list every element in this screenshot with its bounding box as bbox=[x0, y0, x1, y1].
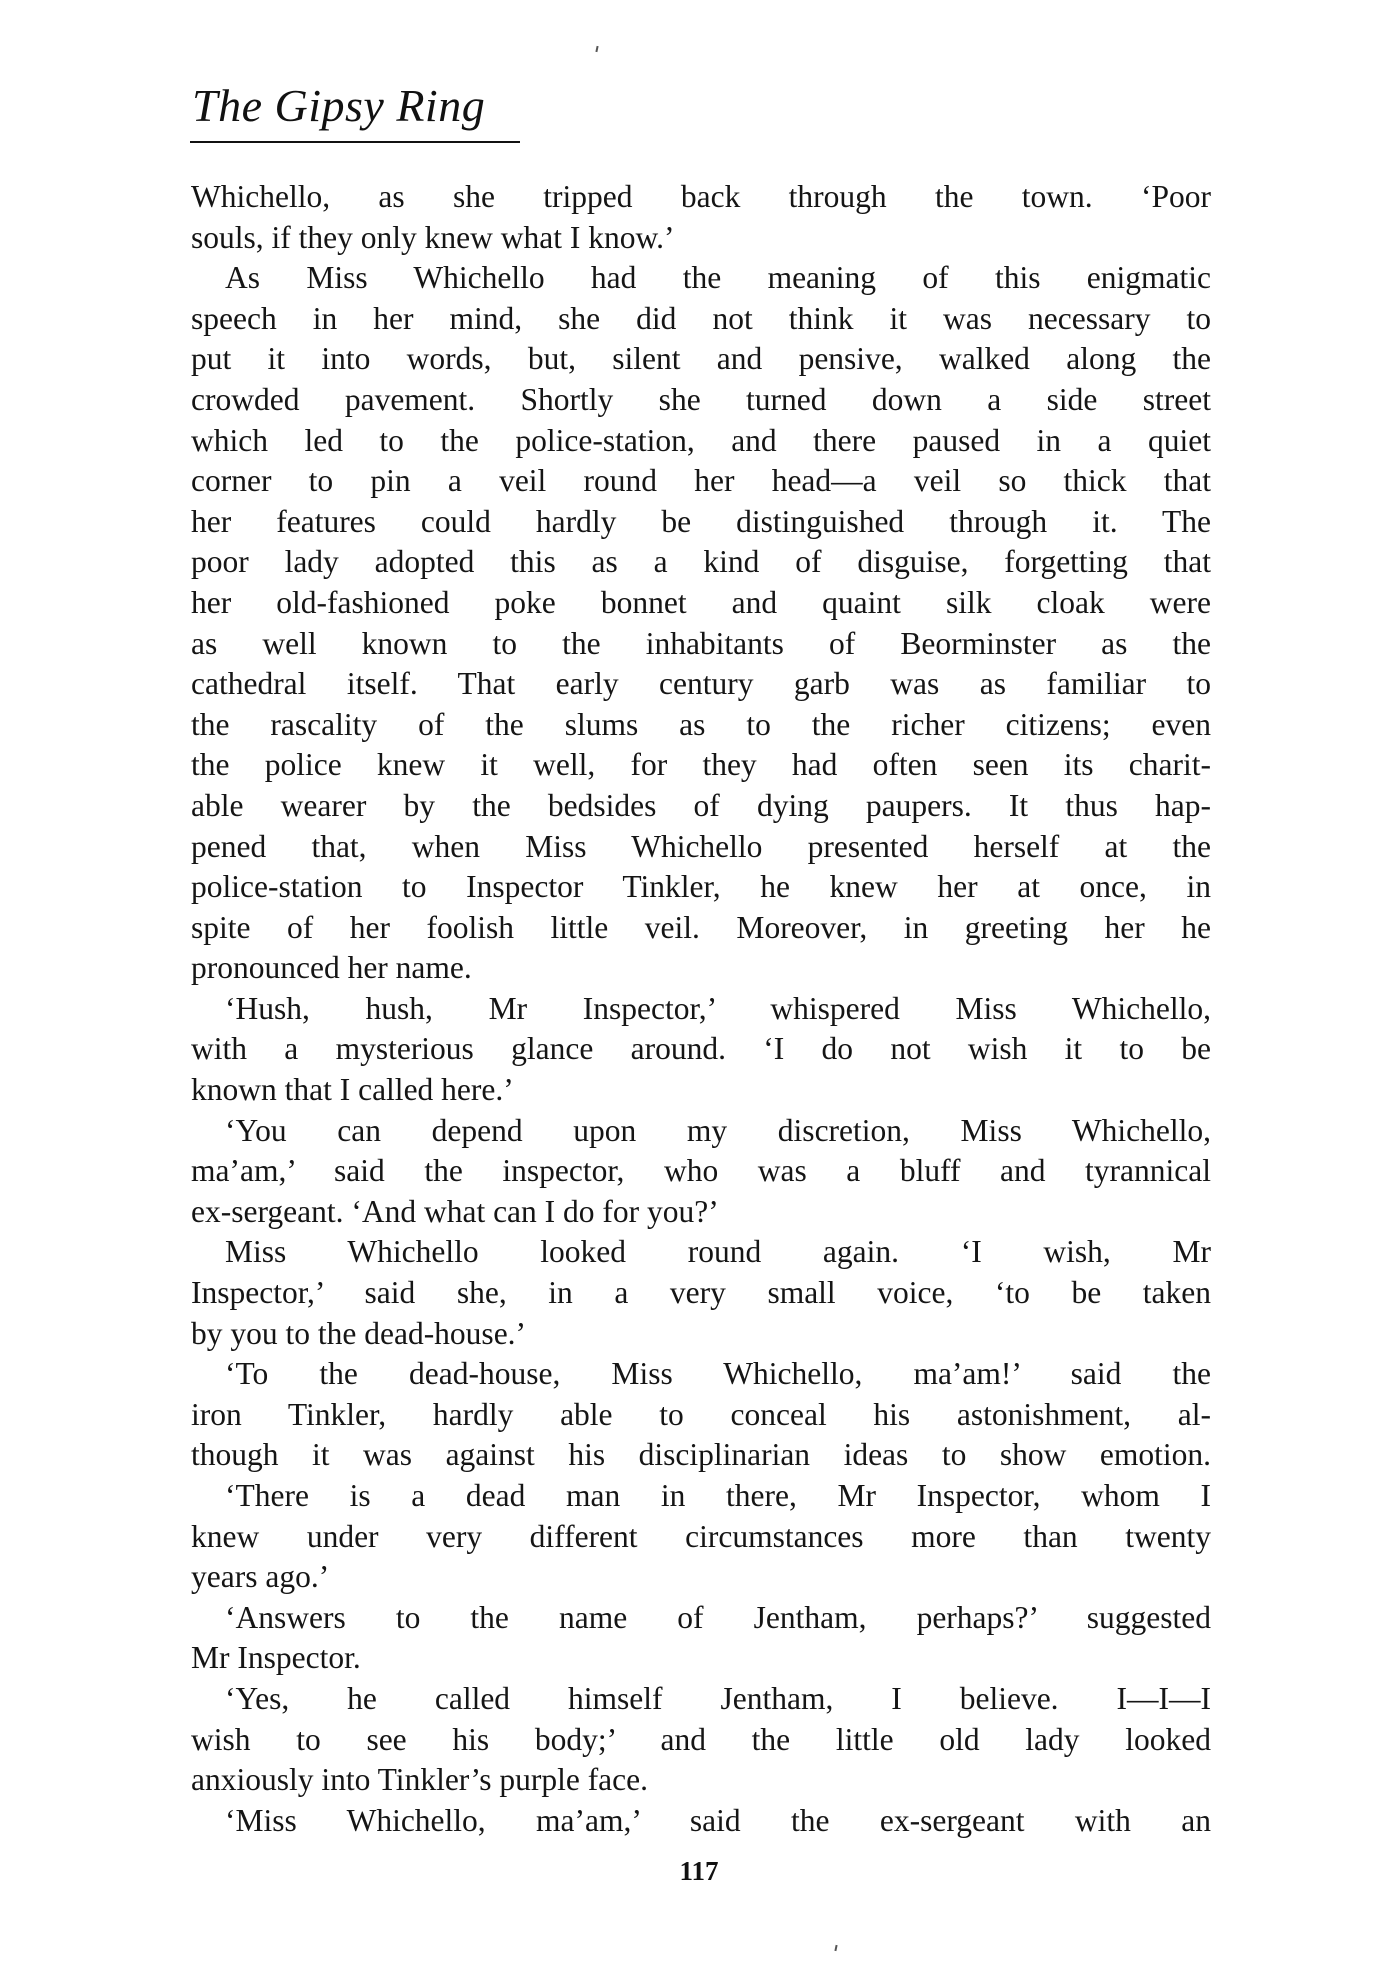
body-text: Whichello, as she tripped back through t… bbox=[191, 177, 1211, 1841]
text-line: wish to see his body;’ and the little ol… bbox=[191, 1720, 1211, 1761]
text-line: ‘To the dead-house, Miss Whichello, ma’a… bbox=[191, 1354, 1211, 1395]
text-line: known that I called here.’ bbox=[191, 1070, 1211, 1111]
text-line: by you to the dead-house.’ bbox=[191, 1314, 1211, 1355]
text-line: as well known to the inhabitants of Beor… bbox=[191, 624, 1211, 665]
text-line: though it was against his disciplinarian… bbox=[191, 1435, 1211, 1476]
text-line: corner to pin a veil round her head—a ve… bbox=[191, 461, 1211, 502]
text-line: poor lady adopted this as a kind of disg… bbox=[191, 542, 1211, 583]
page-number: 117 bbox=[0, 1856, 1398, 1887]
text-line: spite of her foolish little veil. Moreov… bbox=[191, 908, 1211, 949]
text-line: Inspector,’ said she, in a very small vo… bbox=[191, 1273, 1211, 1314]
text-line: ‘Hush, hush, Mr Inspector,’ whispered Mi… bbox=[191, 989, 1211, 1030]
scan-speck bbox=[595, 46, 598, 52]
text-line: ‘Yes, he called himself Jentham, I belie… bbox=[191, 1679, 1211, 1720]
text-line: As Miss Whichello had the meaning of thi… bbox=[191, 258, 1211, 299]
text-line: crowded pavement. Shortly she turned dow… bbox=[191, 380, 1211, 421]
text-line: able wearer by the bedsides of dying pau… bbox=[191, 786, 1211, 827]
text-line: ‘You can depend upon my discretion, Miss… bbox=[191, 1111, 1211, 1152]
text-line: ‘Miss Whichello, ma’am,’ said the ex-ser… bbox=[191, 1801, 1211, 1842]
scan-speck bbox=[834, 1945, 837, 1951]
text-line: put it into words, but, silent and pensi… bbox=[191, 339, 1211, 380]
text-line: years ago.’ bbox=[191, 1557, 1211, 1598]
text-line: the police knew it well, for they had of… bbox=[191, 745, 1211, 786]
text-line: Miss Whichello looked round again. ‘I wi… bbox=[191, 1232, 1211, 1273]
text-line: Mr Inspector. bbox=[191, 1638, 1211, 1679]
running-head-title: The Gipsy Ring bbox=[192, 78, 485, 134]
text-line: with a mysterious glance around. ‘I do n… bbox=[191, 1029, 1211, 1070]
text-line: the rascality of the slums as to the ric… bbox=[191, 705, 1211, 746]
text-line: pronounced her name. bbox=[191, 948, 1211, 989]
text-line: ex-sergeant. ‘And what can I do for you?… bbox=[191, 1192, 1211, 1233]
text-line: which led to the police-station, and the… bbox=[191, 421, 1211, 462]
text-line: iron Tinkler, hardly able to conceal his… bbox=[191, 1395, 1211, 1436]
text-line: her old-fashioned poke bonnet and quaint… bbox=[191, 583, 1211, 624]
text-line: ‘There is a dead man in there, Mr Inspec… bbox=[191, 1476, 1211, 1517]
text-line: pened that, when Miss Whichello presente… bbox=[191, 827, 1211, 868]
text-line: knew under very different circumstances … bbox=[191, 1517, 1211, 1558]
text-line: police-station to Inspector Tinkler, he … bbox=[191, 867, 1211, 908]
text-line: cathedral itself. That early century gar… bbox=[191, 664, 1211, 705]
text-line: speech in her mind, she did not think it… bbox=[191, 299, 1211, 340]
text-line: her features could hardly be distinguish… bbox=[191, 502, 1211, 543]
text-line: ‘Answers to the name of Jentham, perhaps… bbox=[191, 1598, 1211, 1639]
header-rule bbox=[190, 141, 520, 143]
text-line: souls, if they only knew what I know.’ bbox=[191, 218, 1211, 259]
book-page: The Gipsy Ring Whichello, as she tripped… bbox=[0, 0, 1398, 1965]
text-line: ma’am,’ said the inspector, who was a bl… bbox=[191, 1151, 1211, 1192]
text-line: anxiously into Tinkler’s purple face. bbox=[191, 1760, 1211, 1801]
text-line: Whichello, as she tripped back through t… bbox=[191, 177, 1211, 218]
